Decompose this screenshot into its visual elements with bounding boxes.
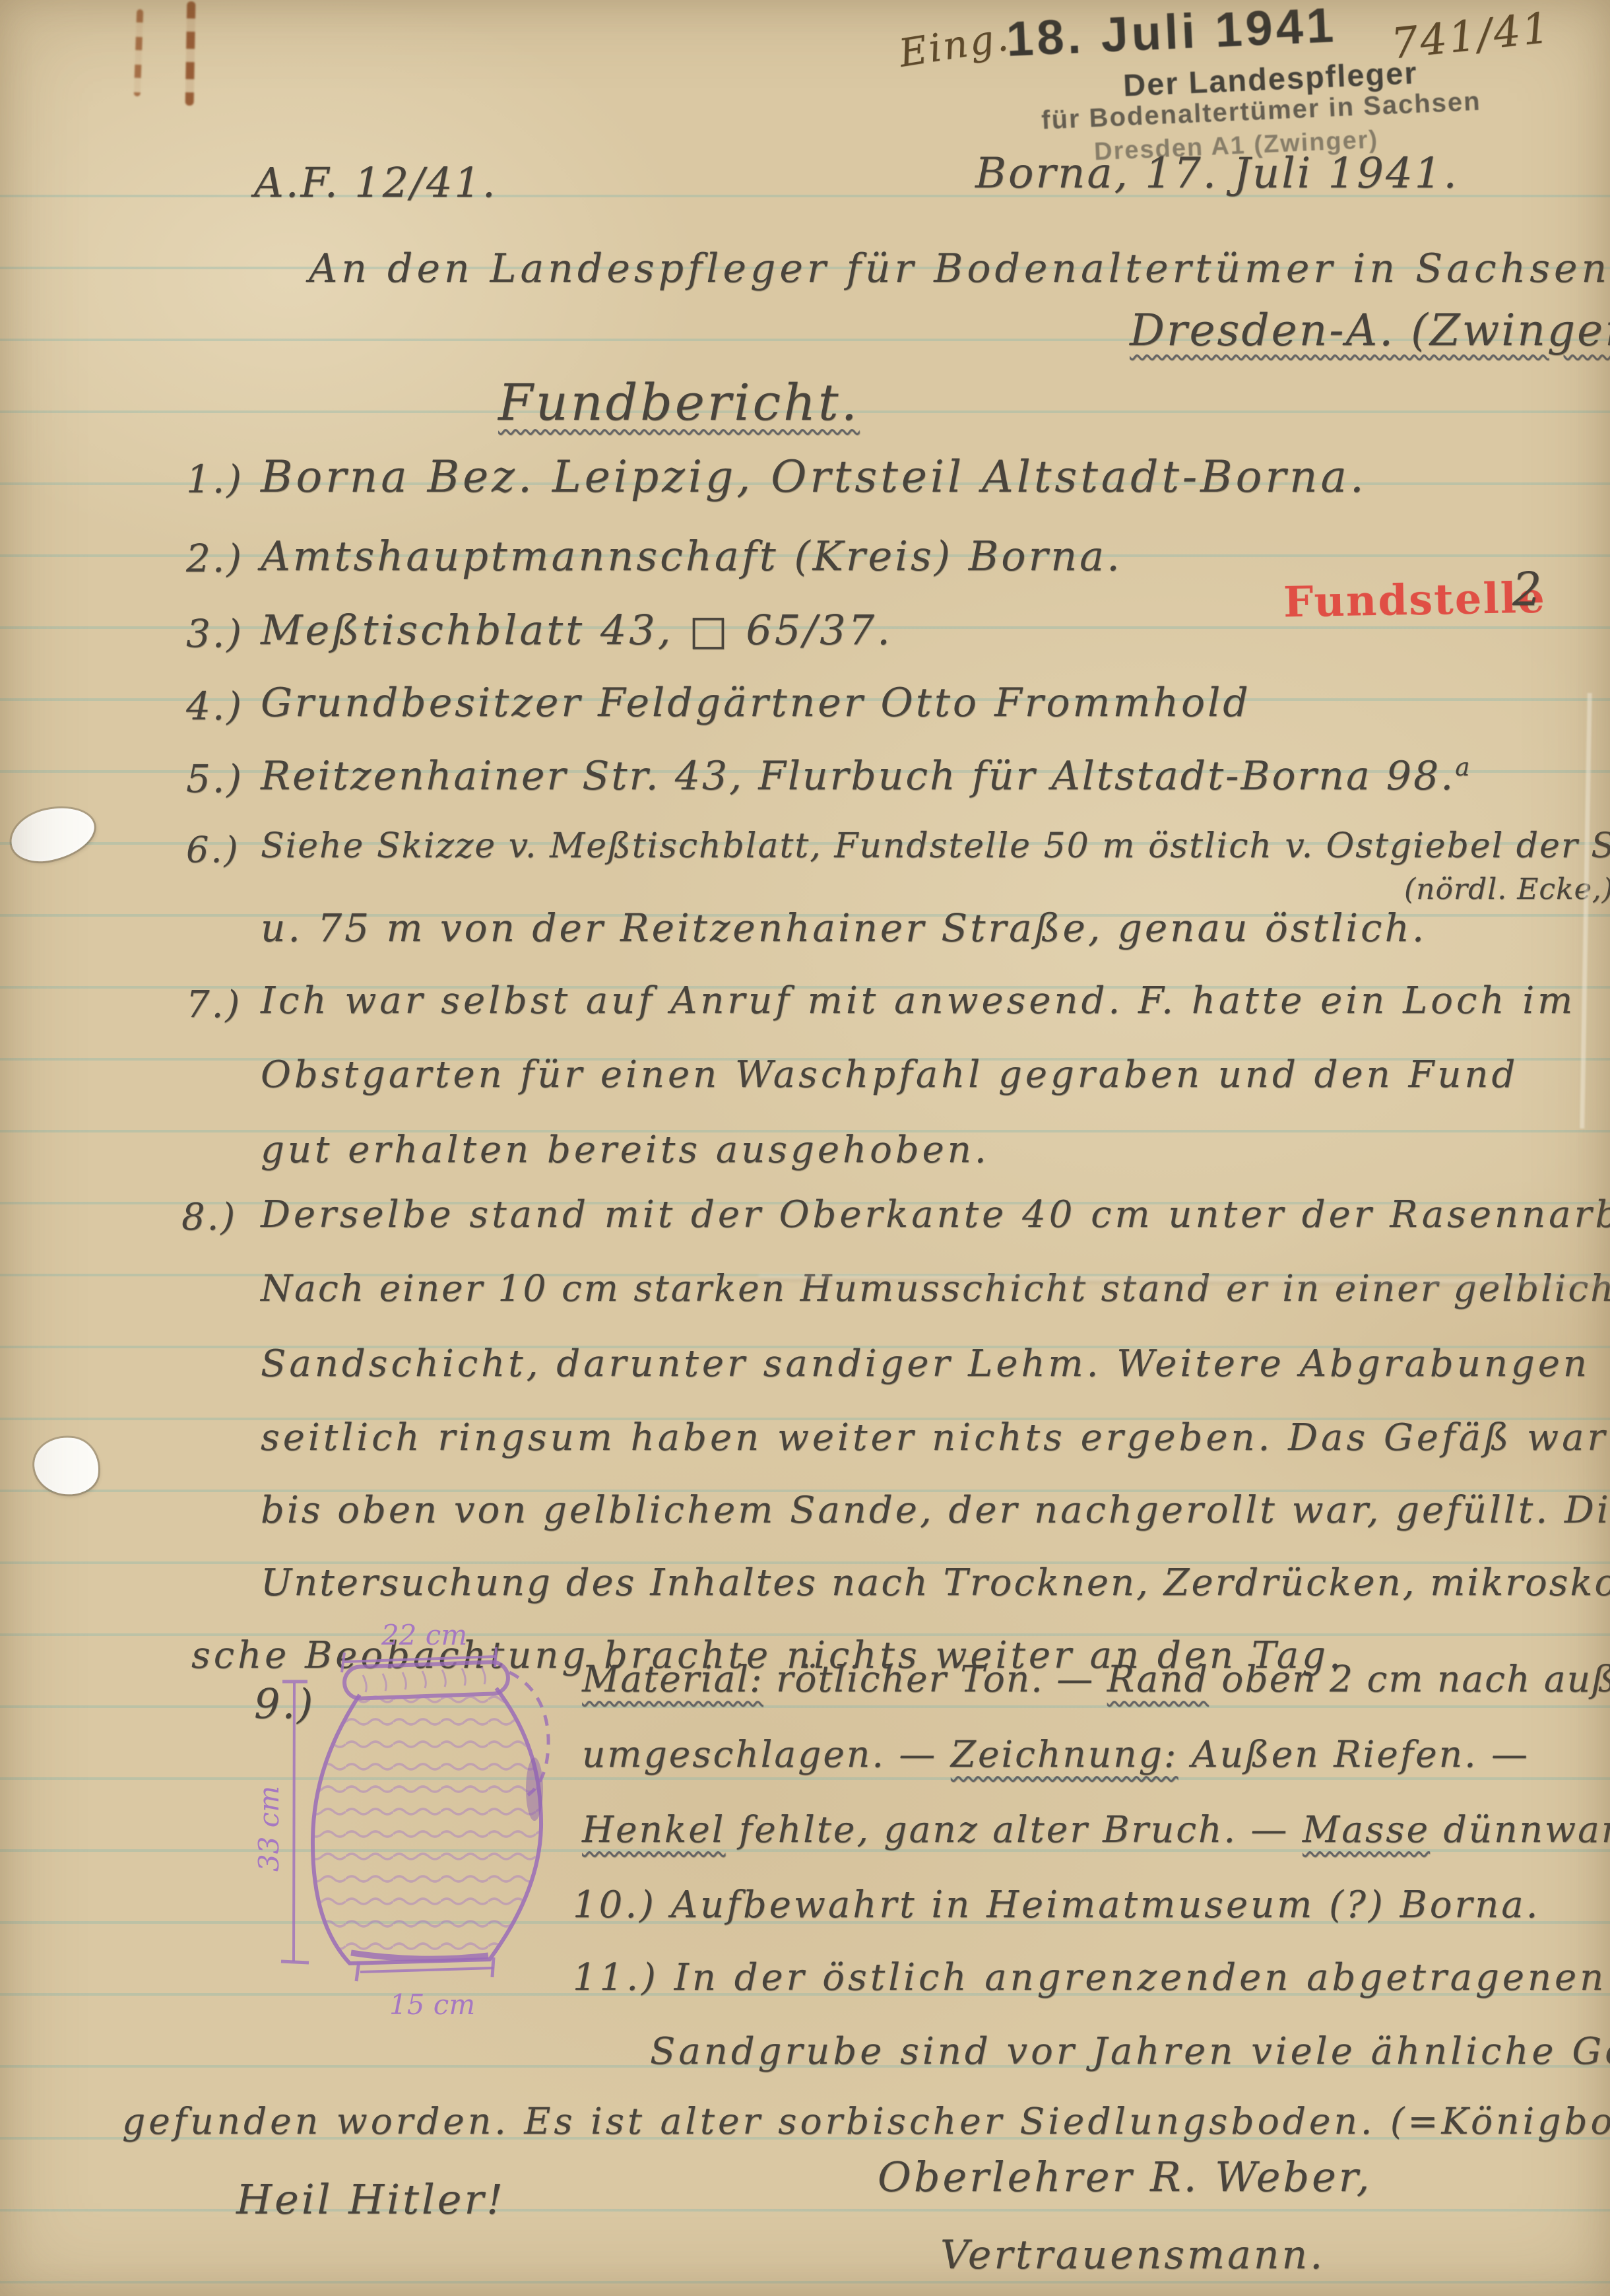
item-7-text-cont: gut erhalten bereits ausgehoben.	[261, 1129, 990, 1171]
item-8-text-cont: Sandschicht, darunter sandiger Lehm. Wei…	[261, 1342, 1590, 1385]
dim-line-left	[294, 1683, 294, 1961]
eingang-note: Eing.	[896, 14, 1013, 76]
item-6-text: Siehe Skizze v. Meßtischblatt, Fundstell…	[261, 826, 1610, 866]
dim-label-top: 22 cm	[381, 1619, 467, 1651]
rim-hatch	[363, 1667, 485, 1692]
item-9-seg: rötlicher Ton. —	[763, 1658, 1107, 1700]
item-9-seg: oben 2 cm nach außen	[1209, 1658, 1610, 1700]
date-stamp: 18. Juli 1941	[1005, 0, 1337, 67]
vessel-sketch: 22 cm 33 cm 15 cm	[251, 1621, 567, 2043]
item-6-text-cont: u. 75 m von der Reitzenhainer Straße, ge…	[261, 905, 1427, 950]
item-9-seg: umgeschlagen. —	[582, 1733, 951, 1775]
item-9-text: Material: rötlicher Ton. — Rand oben 2 c…	[582, 1658, 1610, 1700]
item-8-text: Derselbe stand mit der Oberkante 40 cm u…	[261, 1193, 1610, 1236]
dim-label-bottom: 15 cm	[389, 1988, 475, 2021]
signature-name: Oberlehrer R. Weber,	[878, 2153, 1372, 2201]
item-9-text-cont: Henkel fehlte, ganz alter Bruch. — Masse…	[582, 1808, 1610, 1851]
item-5-superscript: a	[1455, 752, 1469, 781]
item-9-zeichnung-label: Zeichnung:	[951, 1733, 1178, 1775]
item-9-henkel-label: Henkel	[582, 1808, 725, 1851]
paper-edge-highlight	[1580, 693, 1592, 1129]
dateline: Borna, 17. Juli 1941.	[975, 149, 1459, 198]
rust-stain	[134, 9, 144, 96]
item-6-number: 6.)	[186, 829, 240, 870]
reference-number: A.F. 12/41.	[254, 158, 498, 207]
item-2-text: Amtshauptmannschaft (Kreis) Borna.	[261, 532, 1122, 580]
item-8-text-cont: bis oben von gelblichem Sande, der nachg…	[261, 1489, 1610, 1532]
item-5-number: 5.)	[186, 756, 243, 801]
closing-sentence: gefunden worden. Es ist alter sorbischer…	[122, 2100, 1610, 2142]
dim-label-left: 33 cm	[253, 1786, 285, 1872]
report-title: Fundbericht.	[498, 373, 860, 432]
item-10-text: 10.) Aufbewahrt in Heimatmuseum (?) Born…	[573, 1884, 1540, 1926]
item-3-text: Meßtischblatt 43, □ 65/37.	[261, 606, 893, 654]
recipient-line: An den Landespfleger für Bodenaltertümer…	[309, 246, 1610, 292]
item-9-material-label: Material:	[582, 1658, 763, 1700]
recipient-city: Dresden-A. (Zwinger)	[1130, 305, 1610, 356]
item-9-seg: dünnwandig.	[1430, 1808, 1610, 1851]
item-5-text: Reitzenhainer Str. 43, Flurbuch für Alts…	[261, 752, 1469, 799]
item-9-seg: fehlte, ganz alter Bruch. —	[725, 1808, 1303, 1851]
punch-hole-bottom	[30, 1433, 103, 1499]
file-number-note: 741/41	[1389, 3, 1554, 69]
signature-role: Vertrauensmann.	[940, 2232, 1325, 2278]
item-8-text-cont: Untersuchung des Inhaltes nach Trocknen,…	[261, 1561, 1610, 1604]
item-6-margin-note: (nördl. Ecke,)	[1404, 872, 1610, 906]
item-3-number: 3.)	[186, 611, 243, 656]
vessel-body	[313, 1688, 541, 1963]
item-4-number: 4.)	[186, 684, 243, 729]
rust-stain	[185, 1, 196, 106]
item-7-number: 7.)	[186, 983, 241, 1026]
item-11-text-cont: Sandgrube sind vor Jahren viele ähnliche…	[650, 2030, 1610, 2073]
item-2-number: 2.)	[186, 536, 243, 581]
item-8-text-cont: Nach einer 10 cm starken Humusschicht st…	[261, 1267, 1610, 1309]
fundstelle-number: 2	[1512, 562, 1544, 616]
item-9-masse-label: Masse	[1303, 1808, 1430, 1851]
fundstelle-stamp: Fundstelle	[1283, 574, 1546, 628]
item-7-text: Ich war selbst auf Anruf mit anwesend. F…	[261, 979, 1576, 1022]
salute-line: Heil Hitler!	[236, 2175, 505, 2223]
item-1-text: Borna Bez. Leipzig, Ortsteil Altstadt-Bo…	[261, 451, 1367, 502]
item-5-main: Reitzenhainer Str. 43, Flurbuch für Alts…	[261, 753, 1455, 799]
item-8-number: 8.)	[181, 1196, 237, 1239]
item-9-rand-label: Rand	[1107, 1658, 1209, 1700]
item-7-text-cont: Obstgarten für einen Waschpfahl gegraben…	[261, 1053, 1518, 1096]
dim-line-bottom	[360, 1968, 494, 1972]
item-1-number: 1.)	[186, 457, 243, 502]
item-4-text: Grundbesitzer Feldgärtner Otto Frommhold	[261, 680, 1251, 726]
scanned-letter-page: Eing. 18. Juli 1941 Der Landespfleger fü…	[0, 0, 1610, 2296]
item-11-text: 11.) In der östlich angrenzenden abgetra…	[573, 1956, 1607, 1999]
item-9-seg: Außen Riefen. —	[1178, 1733, 1529, 1775]
item-9-text-cont: umgeschlagen. — Zeichnung: Außen Riefen.…	[582, 1733, 1529, 1775]
item-8-text-cont: seitlich ringsum haben weiter nichts erg…	[261, 1416, 1608, 1459]
punch-hole-top	[6, 801, 99, 868]
